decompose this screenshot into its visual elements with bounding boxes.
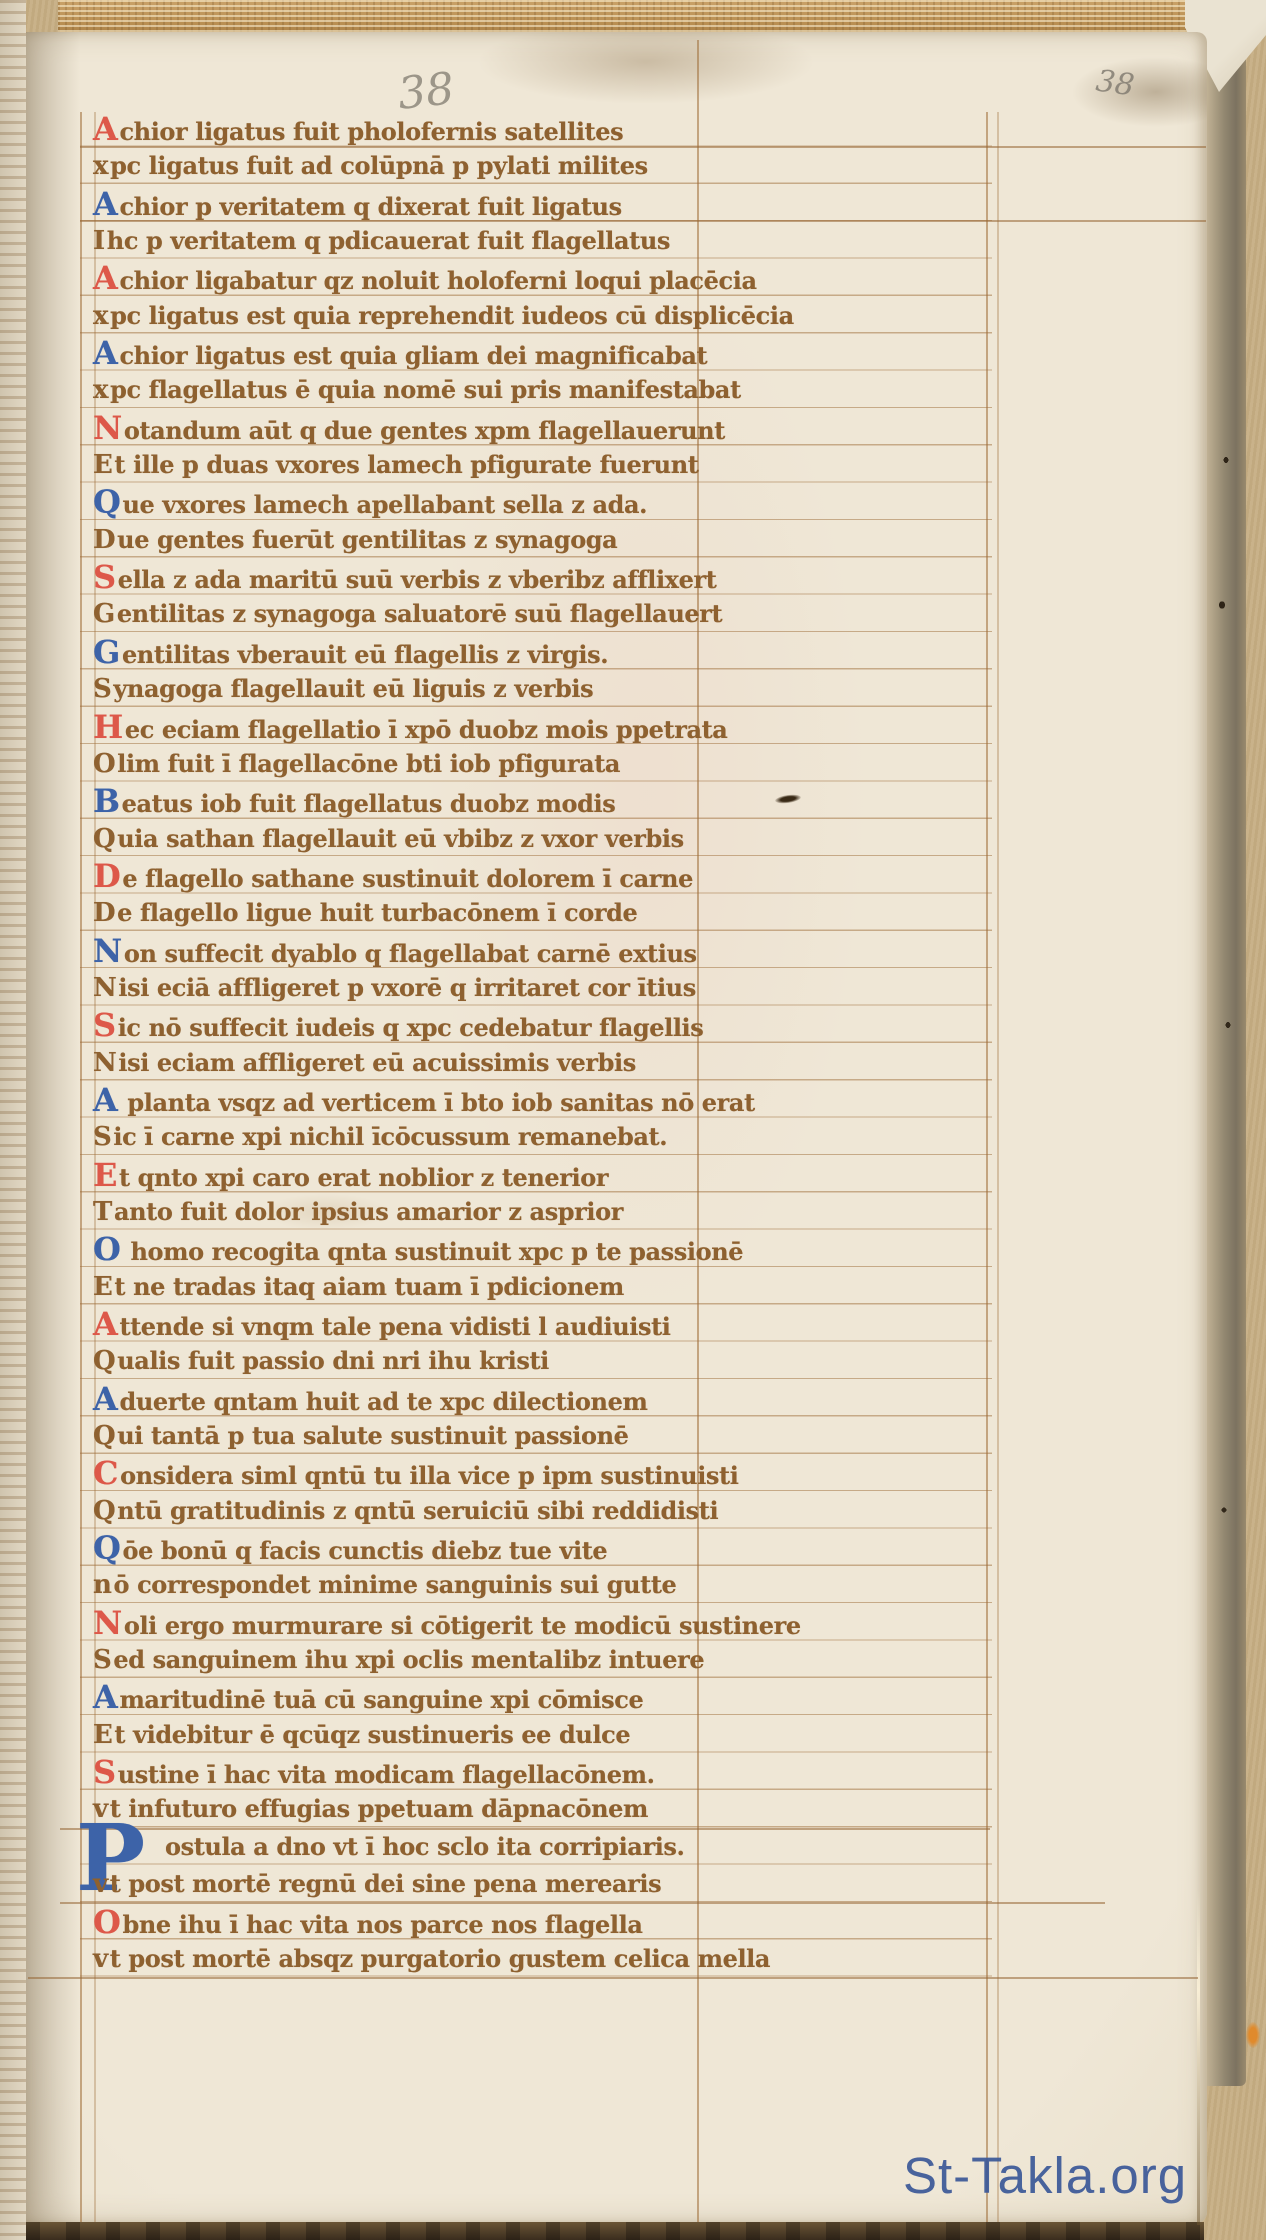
manuscript-line: vt post mortē regnū dei sine pena merear… (80, 1865, 992, 1902)
line-text: pc ligatus fuit ad colūpnā p pylati mili… (110, 151, 648, 180)
line-initial: Q (93, 824, 115, 854)
line-initial: A (93, 334, 117, 372)
line-initial: N (93, 409, 122, 447)
line-text: maritudinē tuā cū sanguine xpi cōmisce (119, 1685, 643, 1714)
line-initial: A (93, 185, 117, 223)
manuscript-line: Considera siml qntū tu illa vice p ipm s… (80, 1454, 992, 1491)
line-text: bne ihu ī hac vita nos parce nos flagell… (122, 1910, 642, 1939)
line-initial: x (93, 151, 108, 181)
manuscript-line: vt post mortē absqz purgatorio gustem ce… (80, 1940, 992, 1977)
page-bottom-edge (26, 2222, 1204, 2240)
line-initial: H (93, 708, 123, 746)
manuscript-line: Sella z ada maritū suū verbis z vberibz … (80, 558, 992, 595)
gutter-shadow (26, 32, 80, 2224)
line-text: e flagello ligue huit turbacōnem ī corde (117, 898, 637, 927)
manuscript-line: Nisi eciā affligeret p vxorē q irritaret… (80, 969, 992, 1006)
line-text: ōe bonū q facis cunctis diebz tue vite (122, 1536, 607, 1565)
manuscript-line: Gentilitas z synagoga saluatorē suū flag… (80, 595, 992, 632)
manuscript-line: Amaritudinē tuā cū sanguine xpi cōmisce (80, 1678, 992, 1715)
line-initial: D (93, 898, 115, 928)
manuscript-line: Sed sanguinem ihu xpi oclis mentalibz in… (80, 1641, 992, 1678)
line-text: onsidera siml qntū tu illa vice p ipm su… (120, 1461, 738, 1490)
manuscript-line: Et qnto xpi caro erat noblior z tenerior (80, 1156, 992, 1193)
line-initial: N (93, 1048, 116, 1078)
manuscript-line: Sic ī carne xpi nichil īcōcussum remaneb… (80, 1118, 992, 1155)
line-text: pc flagellatus ē quia nomē sui pris mani… (110, 375, 741, 404)
line-text: ed sanguinem ihu xpi oclis mentalibz int… (113, 1645, 704, 1674)
manuscript-line: Attende si vnqm tale pena vidisti l audi… (80, 1305, 992, 1342)
line-initial: G (93, 633, 120, 671)
manuscript-line: Achior ligabatur qz noluit holoferni loq… (80, 259, 992, 296)
line-text: homo recogita qnta sustinuit xpc p te pa… (122, 1237, 743, 1266)
line-text: ustine ī hac vita modicam flagellacōnem. (118, 1760, 655, 1789)
book-top-edge (58, 0, 1248, 36)
manuscript-line: Aduerte qntam huit ad te xpc dilectionem (80, 1380, 992, 1417)
line-initial: S (93, 1645, 111, 1675)
manuscript-line: xpc ligatus fuit ad colūpnā p pylati mil… (80, 147, 992, 184)
manuscript-line: Hec eciam flagellatio ī xpō duobz mois p… (80, 708, 992, 745)
watermark: St-Takla.org (903, 2146, 1187, 2205)
line-initial: A (93, 1380, 117, 1418)
line-initial: D (93, 525, 115, 555)
page-edges-right (1206, 40, 1246, 2086)
line-text: ntū gratitudinis z qntū seruiciū sibi re… (117, 1496, 718, 1525)
manuscript-line: Nisi eciam affligeret eū acuissimis verb… (80, 1044, 992, 1081)
manuscript-line: Olim fuit ī flagellacōne bti iob pfigura… (80, 745, 992, 782)
line-initial: O (93, 1230, 120, 1268)
line-initial: x (93, 375, 108, 405)
line-text: isi eciā affligeret p vxorē q irritaret … (118, 973, 695, 1002)
manuscript-line: De flagello sathane sustinuit dolorem ī … (80, 857, 992, 894)
manuscript-line: Sic nō suffecit iudeis q xpc cedebatur f… (80, 1006, 992, 1043)
line-initial: S (93, 558, 116, 596)
line-initial: N (93, 1604, 122, 1642)
manuscript-line: Synagoga flagellauit eū liguis z verbis (80, 670, 992, 707)
manuscript-line: xpc ligatus est quia reprehendit iudeos … (80, 297, 992, 334)
manuscript-line: Qntū gratitudinis z qntū seruiciū sibi r… (80, 1492, 992, 1529)
line-initial: A (93, 110, 117, 148)
line-initial: A (93, 1678, 117, 1716)
orange-stain (1246, 2022, 1260, 2048)
line-initial: B (93, 782, 120, 820)
manuscript-line: Quia sathan flagellauit eū vbibz z vxor … (80, 820, 992, 857)
line-initial: A (93, 259, 117, 297)
line-text: eatus iob fuit flagellatus duobz modis (122, 789, 616, 818)
line-initial: Q (93, 1346, 115, 1376)
line-text: ō correspondet minime sanguinis sui gutt… (114, 1570, 677, 1599)
line-initial: S (93, 1753, 116, 1791)
line-text: ostula a dno vt ī hoc sclo ita corripiar… (165, 1832, 684, 1861)
line-initial: E (93, 1272, 112, 1302)
line-text: otandum aūt q due gentes xpm flagellauer… (124, 416, 725, 445)
line-text: chior ligatus est quia gliam dei magnifi… (119, 341, 707, 370)
line-text: duerte qntam huit ad te xpc dilectionem (119, 1387, 647, 1416)
line-text: t ille p duas vxores lamech pfigurate fu… (114, 450, 698, 479)
line-text: t post mortē regnū dei sine pena mereari… (110, 1869, 662, 1898)
manuscript-line: Gentilitas vberauit eū flagellis z virgi… (80, 633, 992, 670)
line-initial: Q (93, 1529, 120, 1567)
manuscript-line: vt infuturo effugias ppetuam dāpnacōnem (80, 1790, 992, 1827)
line-initial: G (93, 599, 115, 629)
line-text: planta vsqz ad verticem ī bto iob sanita… (119, 1088, 754, 1117)
folio-number-pencil-right: 38 (1094, 64, 1137, 104)
manuscript-line: A planta vsqz ad verticem ī bto iob sani… (80, 1081, 992, 1118)
line-initial: A (93, 1305, 117, 1343)
line-text: ttende si vnqm tale pena vidisti l audiu… (119, 1312, 670, 1341)
line-text: t videbitur ē qcūqz sustinueris ee dulce (114, 1720, 630, 1749)
line-initial: D (93, 857, 120, 895)
line-initial: S (93, 1006, 116, 1044)
line-text: entilitas z synagoga saluatorē suū flage… (117, 599, 722, 628)
line-text: chior ligabatur qz noluit holoferni loqu… (119, 266, 756, 295)
line-text: ic nō suffecit iudeis q xpc cedebatur fl… (118, 1013, 704, 1042)
manuscript-line: Achior p veritatem q dixerat fuit ligatu… (80, 185, 992, 222)
manuscript-line: Due gentes fuerūt gentilitas z synagoga (80, 521, 992, 558)
manuscript-line: Achior ligatus est quia gliam dei magnif… (80, 334, 992, 371)
line-text: ualis fuit passio dni nri ihu kristi (117, 1346, 549, 1375)
line-initial: n (93, 1570, 112, 1600)
manuscript-line: Et ille p duas vxores lamech pfigurate f… (80, 446, 992, 483)
manuscript-line: Que vxores lamech apellabant sella z ada… (80, 483, 992, 520)
line-initial: E (93, 1156, 117, 1194)
line-text: anto fuit dolor ipsius amarior z asprior (114, 1197, 623, 1226)
line-initial: O (93, 1903, 120, 1941)
line-text: ue vxores lamech apellabant sella z ada. (122, 490, 647, 519)
line-initial: v (93, 1869, 108, 1899)
line-initial: x (93, 301, 108, 331)
line-text: lim fuit ī flagellacōne bti iob pfigurat… (117, 749, 620, 778)
text-block: Achior ligatus fuit pholofernis satellit… (80, 110, 992, 1978)
line-text: chior ligatus fuit pholofernis satellite… (119, 117, 623, 146)
line-initial: Q (93, 1421, 115, 1451)
line-text: ec eciam flagellatio ī xpō duobz mois pp… (125, 715, 728, 744)
manuscript-line: Ihc p veritatem q pdicauerat fuit flagel… (80, 222, 992, 259)
line-text: hc p veritatem q pdicauerat fuit flagell… (107, 226, 670, 255)
line-text: on suffecit dyablo q flagellabat carnē e… (124, 939, 697, 968)
line-initial: Q (93, 1496, 115, 1526)
line-initial: Q (93, 483, 120, 521)
line-initial: E (93, 450, 112, 480)
line-text: ic ī carne xpi nichil īcōcussum remaneba… (113, 1122, 667, 1151)
manuscript-line: Sustine ī hac vita modicam flagellacōnem… (80, 1753, 992, 1790)
manuscript-line: Qualis fuit passio dni nri ihu kristi (80, 1342, 992, 1379)
line-text: isi eciam affligeret eū acuissimis verbi… (118, 1048, 635, 1077)
line-initial: N (93, 932, 122, 970)
line-text: uia sathan flagellauit eū vbibz z vxor v… (117, 824, 683, 853)
line-text: entilitas vberauit eū flagellis z virgis… (122, 640, 608, 669)
line-text: ui tantā p tua salute sustinuit passionē (117, 1421, 628, 1450)
line-text: ella z ada maritū suū verbis z vberibz a… (118, 565, 717, 594)
line-text: t qnto xpi caro erat noblior z tenerior (119, 1163, 608, 1192)
line-initial: S (93, 1122, 111, 1152)
line-text: t ne tradas itaq aiam tuam ī pdicionem (114, 1272, 624, 1301)
line-initial: N (93, 973, 116, 1003)
manuscript-line: Et ne tradas itaq aiam tuam ī pdicionem (80, 1268, 992, 1305)
manuscript-line: Achior ligatus fuit pholofernis satellit… (80, 110, 992, 147)
line-text: chior p veritatem q dixerat fuit ligatus (119, 192, 621, 221)
line-initial: T (93, 1197, 112, 1227)
manuscript-line: nō correspondet minime sanguinis sui gut… (80, 1566, 992, 1603)
line-text: ynagoga flagellauit eū liguis z verbis (113, 674, 593, 703)
line-initial: v (93, 1944, 108, 1974)
line-text: t post mortē absqz purgatorio gustem cel… (110, 1944, 770, 1973)
line-initial: S (93, 674, 111, 704)
manuscript-line: Obne ihu ī hac vita nos parce nos flagel… (80, 1903, 992, 1940)
facing-page-edge (0, 0, 26, 2240)
manuscript-line: Non suffecit dyablo q flagellabat carnē … (80, 932, 992, 969)
ruling-vertical-right-outer (997, 112, 999, 2222)
manuscript-line: Beatus iob fuit flagellatus duobz modis (80, 782, 992, 819)
line-text: e flagello sathane sustinuit dolorem ī c… (122, 864, 693, 893)
manuscript-line: Tanto fuit dolor ipsius amarior z asprio… (80, 1193, 992, 1230)
line-initial: I (93, 226, 105, 256)
line-text: oli ergo murmurare si cōtigerit te modic… (124, 1611, 801, 1640)
line-initial: E (93, 1720, 112, 1750)
line-initial: C (93, 1454, 118, 1492)
line-text: pc ligatus est quia reprehendit iudeos c… (110, 301, 794, 330)
manuscript-line: Qui tantā p tua salute sustinuit passion… (80, 1417, 992, 1454)
manuscript-line: Noli ergo murmurare si cōtigerit te modi… (80, 1604, 992, 1641)
manuscript-line: O homo recogita qnta sustinuit xpc p te … (80, 1230, 992, 1267)
line-text: ue gentes fuerūt gentilitas z synagoga (117, 525, 617, 554)
manuscript-line: xpc flagellatus ē quia nomē sui pris man… (80, 371, 992, 408)
manuscript-line: Postula a dno vt ī hoc sclo ita corripia… (80, 1828, 992, 1865)
line-text: t infuturo effugias ppetuam dāpnacōnem (110, 1794, 648, 1823)
manuscript-line: Qōe bonū q facis cunctis diebz tue vite (80, 1529, 992, 1566)
line-initial: O (93, 749, 115, 779)
manuscript-line: De flagello ligue huit turbacōnem ī cord… (80, 894, 992, 931)
manuscript-line: Et videbitur ē qcūqz sustinueris ee dulc… (80, 1716, 992, 1753)
line-initial: A (93, 1081, 117, 1119)
cover-ridge (1197, 1890, 1200, 2225)
manuscript-line: Notandum aūt q due gentes xpm flagellaue… (80, 409, 992, 446)
